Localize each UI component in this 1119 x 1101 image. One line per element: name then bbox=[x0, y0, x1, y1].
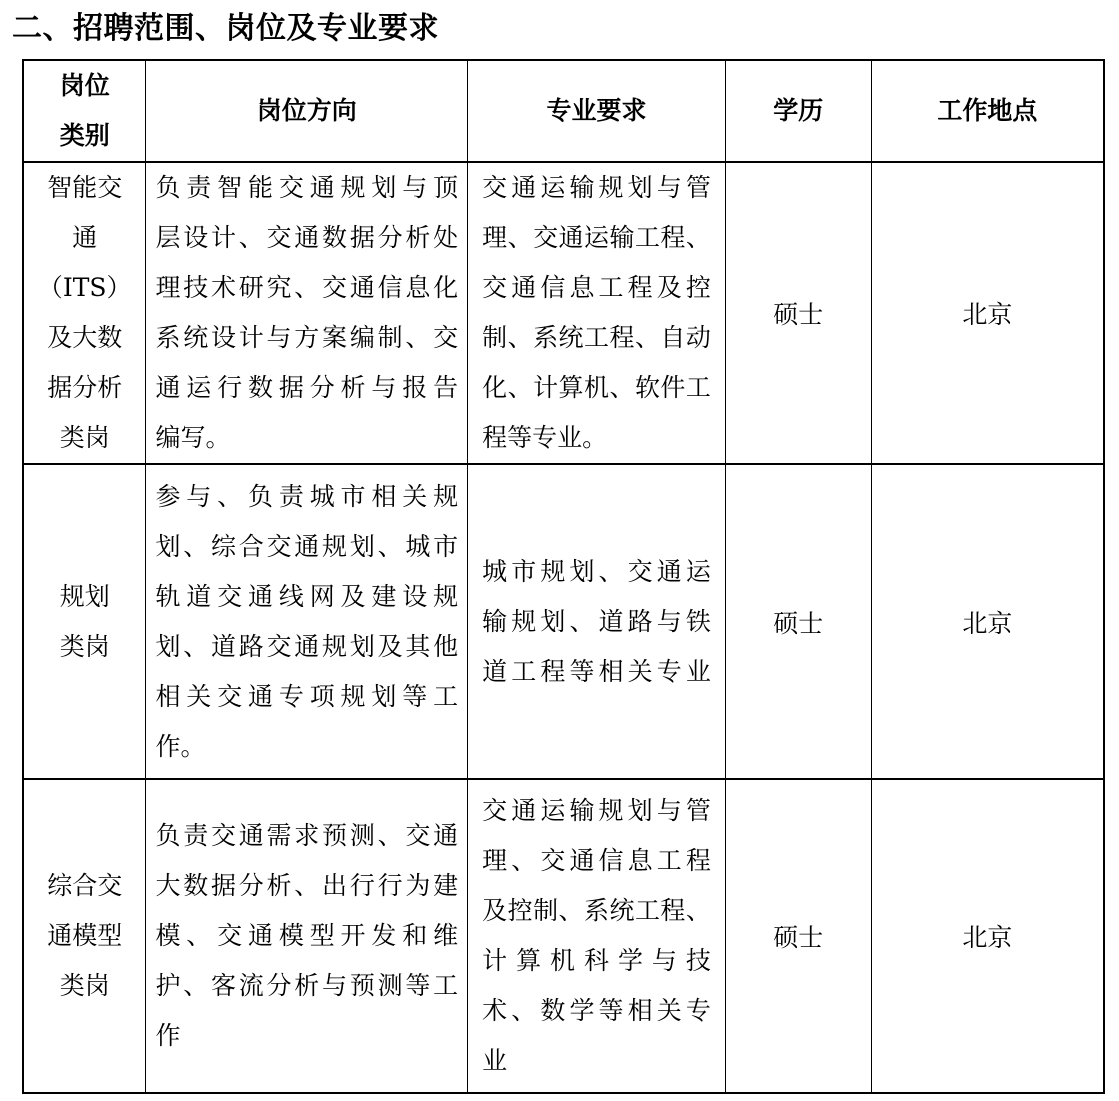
text-line: 层设计、交通数据分析处 bbox=[155, 213, 458, 263]
text-line: 道工程等相关专业 bbox=[482, 647, 711, 697]
text-line: 相关交通专项规划等工 bbox=[155, 672, 458, 722]
cell-major-requirement: 城市规划、交通运输规划、道路与铁道工程等相关专业 bbox=[468, 464, 726, 779]
text-line: 理技术研究、交通信息化 bbox=[155, 263, 458, 313]
cell-position-category: 规划类岗 bbox=[23, 464, 146, 779]
col-header-position-direction: 岗位方向 bbox=[146, 60, 468, 162]
col-header-education: 学历 bbox=[725, 60, 871, 162]
table-row: 规划类岗参与、负责城市相关规划、综合交通规划、城市轨道交通线网及建设规划、道路交… bbox=[23, 464, 1104, 779]
cell-position-category: 综合交通模型类岗 bbox=[23, 779, 146, 1093]
text-line: 通运行数据分析与报告 bbox=[155, 363, 458, 413]
text-line: 通模型 bbox=[24, 911, 145, 961]
col-header-major-requirement: 专业要求 bbox=[468, 60, 726, 162]
text-line: 通 bbox=[24, 213, 145, 263]
text-line: 划、道路交通规划及其他 bbox=[155, 622, 458, 672]
text-line: 岗位方向 bbox=[146, 86, 467, 136]
text-line: 综合交 bbox=[24, 861, 145, 911]
cell-work-location: 北京 bbox=[871, 464, 1104, 779]
text-line: （ITS） bbox=[24, 263, 145, 313]
text-line: 参与、负责城市相关规 bbox=[155, 472, 458, 522]
table-row: 综合交通模型类岗负责交通需求预测、交通大数据分析、出行行为建模、交通模型开发和维… bbox=[23, 779, 1104, 1093]
cell-education: 硕士 bbox=[725, 162, 871, 464]
cell-work-location: 北京 bbox=[871, 162, 1104, 464]
text-line: 学历 bbox=[726, 86, 871, 136]
table-row: 智能交通（ITS）及大数据分析类岗负责智能交通规划与顶层设计、交通数据分析处理技… bbox=[23, 162, 1104, 464]
text-line: 专业要求 bbox=[468, 86, 725, 136]
col-header-position-category: 岗位类别 bbox=[23, 60, 146, 162]
text-line: 规划 bbox=[24, 572, 145, 622]
cell-position-direction: 负责智能交通规划与顶层设计、交通数据分析处理技术研究、交通信息化系统设计与方案编… bbox=[146, 162, 468, 464]
cell-education: 硕士 bbox=[725, 779, 871, 1093]
cell-position-direction: 参与、负责城市相关规划、综合交通规划、城市轨道交通线网及建设规划、道路交通规划及… bbox=[146, 464, 468, 779]
cell-education: 硕士 bbox=[725, 464, 871, 779]
text-line: 工作地点 bbox=[872, 86, 1103, 136]
text-line: 类岗 bbox=[24, 961, 145, 1011]
text-line: 类岗 bbox=[24, 622, 145, 672]
text-line: 据分析 bbox=[24, 363, 145, 413]
cell-position-category: 智能交通（ITS）及大数据分析类岗 bbox=[23, 162, 146, 464]
text-line: 输规划、道路与铁 bbox=[482, 597, 711, 647]
text-line: 作 bbox=[155, 1011, 458, 1061]
text-line: 交通运输规划与管 bbox=[482, 163, 711, 213]
col-header-work-location: 工作地点 bbox=[871, 60, 1104, 162]
text-line: 类岗 bbox=[24, 413, 145, 463]
cell-work-location: 北京 bbox=[871, 779, 1104, 1093]
document-page: 二、招聘范围、岗位及专业要求 岗位类别岗位方向专业要求学历工作地点 智能交通（I… bbox=[0, 0, 1119, 1101]
text-line: 术、数学等相关专 bbox=[482, 986, 711, 1036]
text-line: 及控制、系统工程、 bbox=[482, 886, 711, 936]
text-line: 系统设计与方案编制、交 bbox=[155, 313, 458, 363]
text-line: 城市规划、交通运 bbox=[482, 547, 711, 597]
text-line: 理、交通信息工程 bbox=[482, 836, 711, 886]
text-line: 划、综合交通规划、城市 bbox=[155, 522, 458, 572]
text-line: 化、计算机、软件工 bbox=[482, 363, 711, 413]
cell-major-requirement: 交通运输规划与管理、交通运输工程、交通信息工程及控制、系统工程、自动化、计算机、… bbox=[468, 162, 726, 464]
recruitment-table: 岗位类别岗位方向专业要求学历工作地点 智能交通（ITS）及大数据分析类岗负责智能… bbox=[22, 59, 1105, 1094]
text-line: 大数据分析、出行行为建 bbox=[155, 861, 458, 911]
text-line: 负责智能交通规划与顶 bbox=[155, 163, 458, 213]
cell-position-direction: 负责交通需求预测、交通大数据分析、出行行为建模、交通模型开发和维护、客流分析与预… bbox=[146, 779, 468, 1093]
text-line: 轨道交通线网及建设规 bbox=[155, 572, 458, 622]
text-line: 制、系统工程、自动 bbox=[482, 313, 711, 363]
text-line: 护、客流分析与预测等工 bbox=[155, 961, 458, 1011]
text-line: 交通信息工程及控 bbox=[482, 263, 711, 313]
text-line: 交通运输规划与管 bbox=[482, 786, 711, 836]
text-line: 程等专业。 bbox=[482, 413, 711, 463]
text-line: 智能交 bbox=[24, 163, 145, 213]
section-title: 二、招聘范围、岗位及专业要求 bbox=[12, 10, 1105, 48]
text-line: 计算机科学与技 bbox=[482, 936, 711, 986]
text-line: 岗位 bbox=[24, 61, 145, 111]
text-line: 模、交通模型开发和维 bbox=[155, 911, 458, 961]
table-header-row: 岗位类别岗位方向专业要求学历工作地点 bbox=[23, 60, 1104, 162]
text-line: 负责交通需求预测、交通 bbox=[155, 811, 458, 861]
text-line: 理、交通运输工程、 bbox=[482, 213, 711, 263]
text-line: 编写。 bbox=[155, 413, 458, 463]
text-line: 类别 bbox=[24, 111, 145, 161]
text-line: 及大数 bbox=[24, 313, 145, 363]
text-line: 作。 bbox=[155, 722, 458, 772]
text-line: 业 bbox=[482, 1036, 711, 1086]
cell-major-requirement: 交通运输规划与管理、交通信息工程及控制、系统工程、计算机科学与技术、数学等相关专… bbox=[468, 779, 726, 1093]
